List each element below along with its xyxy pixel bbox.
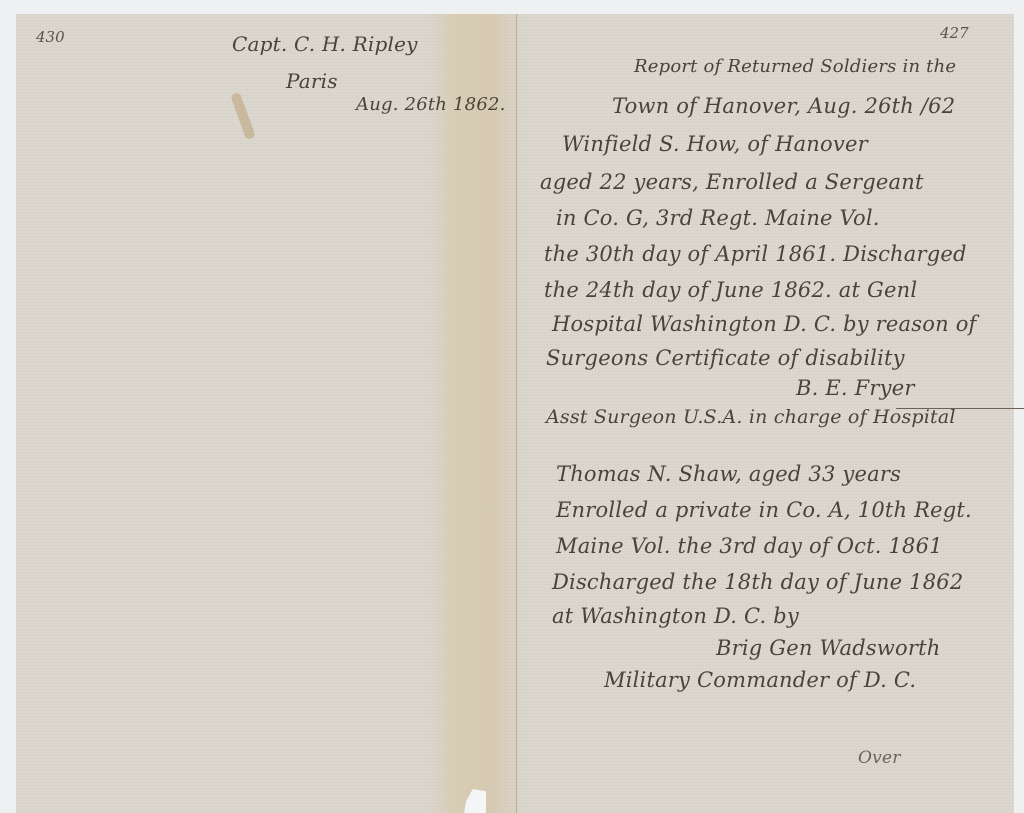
folio-number-left: 430: [36, 28, 65, 46]
soldier-2-line-3: Maine Vol. the 3rd day of Oct. 1861: [556, 534, 943, 558]
address-place: Paris: [286, 69, 338, 93]
soldier-1-line-2: aged 22 years, Enrolled a Sergeant: [540, 170, 924, 194]
address-date: Aug. 26th 1862.: [356, 94, 506, 115]
left-page: 430 Capt. C. H. Ripley Paris Aug. 26th 1…: [16, 14, 516, 813]
soldier-2-signature: Brig Gen Wadsworth: [716, 636, 940, 660]
soldier-2-line-4: Discharged the 18th day of June 1862: [552, 570, 963, 594]
soldier-1-signature: B. E. Fryer: [796, 376, 915, 400]
soldier-2-line-1: Thomas N. Shaw, aged 33 years: [556, 462, 901, 486]
soldier-2-line-5: at Washington D. C. by: [552, 604, 799, 628]
report-title-line-1: Report of Returned Soldiers in the: [634, 56, 956, 77]
soldier-1-line-7: Surgeons Certificate of disability: [546, 346, 905, 370]
soldier-1-line-4: the 30th day of April 1861. Discharged: [544, 242, 967, 266]
right-page: 427 Report of Returned Soldiers in the T…: [516, 14, 1014, 813]
folio-number-right: 427: [940, 24, 969, 42]
soldier-2-signature-title: Military Commander of D. C.: [604, 668, 916, 692]
soldier-1-line-1: Winfield S. How, of Hanover: [562, 132, 868, 156]
soldier-1-line-3: in Co. G, 3rd Regt. Maine Vol.: [556, 206, 880, 230]
soldier-1-line-6: Hospital Washington D. C. by reason of: [552, 312, 977, 336]
over-note: Over: [858, 748, 901, 768]
soldier-1-line-5: the 24th day of June 1862. at Genl: [544, 278, 917, 302]
address-name: Capt. C. H. Ripley: [232, 32, 418, 56]
signature-underline: [896, 408, 1024, 409]
report-title-line-2: Town of Hanover, Aug. 26th /62: [612, 94, 955, 118]
soldier-2-line-2: Enrolled a private in Co. A, 10th Regt.: [556, 498, 972, 522]
document-sheet: 430 Capt. C. H. Ripley Paris Aug. 26th 1…: [16, 14, 1014, 813]
soldier-1-signature-title: Asst Surgeon U.S.A. in charge of Hospita…: [546, 406, 956, 428]
